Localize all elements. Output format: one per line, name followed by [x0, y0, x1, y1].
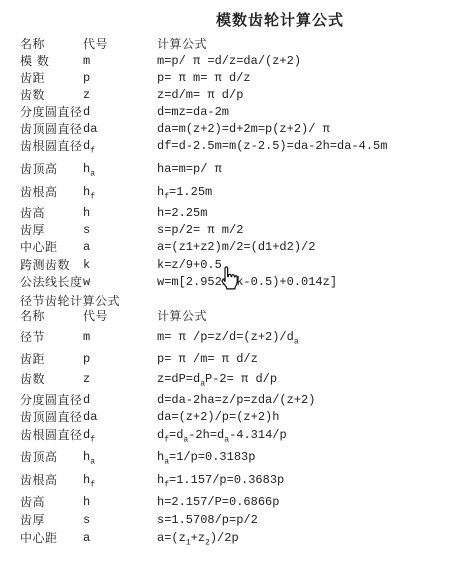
gear-symbol: d [83, 105, 157, 119]
gear-name: 齿根圆直径 [20, 139, 83, 153]
gear-formula-document: { "document": { "title": "模数齿轮计算公式", "se… [0, 0, 468, 566]
table-row: 齿距 p p= π /m= π d/z [0, 352, 468, 372]
gear-symbol: z [83, 372, 157, 386]
gear-symbol: a [83, 531, 157, 545]
gear-formula: df=da-2h=da-4.314/p [157, 428, 468, 442]
gear-symbol: ha [83, 450, 157, 464]
gear-formula: m=p/ π =d/z=da/(z+2) [157, 54, 468, 68]
gear-name: 齿数 [20, 372, 83, 386]
gear-symbol: h [83, 495, 157, 509]
gear-symbol: m [83, 330, 157, 344]
table-row: 齿根圆直径 df df=da-2h=da-4.314/p [0, 428, 468, 450]
section-title: 径节齿轮计算公式 [0, 292, 468, 309]
gear-name: 齿厚 [20, 223, 83, 237]
gear-formula: k=z/9+0.5 [157, 258, 468, 272]
gear-symbol: hf [83, 473, 157, 487]
gear-formula: d=da-2ha=z/p=zda/(z+2) [157, 393, 468, 407]
gear-name: 齿顶圆直径 [20, 410, 83, 424]
gear-formula: w=m[2.9521(k-0.5)+0.014z] [157, 275, 468, 289]
table-row: 齿根圆直径 df df=d-2.5m=m(z-2.5)=da-2h=da-4.5… [0, 139, 468, 162]
gear-symbol: df [83, 139, 157, 153]
gear-name: 模 数 [20, 54, 83, 68]
gear-name: 齿顶高 [20, 162, 83, 176]
gear-name: 齿厚 [20, 513, 83, 527]
gear-name: 分度圆直径 [20, 105, 83, 119]
table-row: 中心距 a a=(z1+z2)m/2=(d1+d2)/2 [0, 240, 468, 258]
table-row: 中心距 a a=(z1+z2)/2p [0, 531, 468, 548]
table-header: 名称 代号 计算公式 [0, 37, 468, 54]
page-title: 模数齿轮计算公式 [46, 9, 468, 30]
table-row: 齿距 p p= π m= π d/z [0, 71, 468, 88]
table-row: 齿高 h h=2.25m [0, 206, 468, 223]
gear-symbol: p [83, 352, 157, 366]
gear-name: 径节 [20, 330, 83, 344]
gear-formula: ha=m=p/ π [157, 162, 468, 176]
gear-name: 齿顶高 [20, 450, 83, 464]
gear-formula: hf=1.157/p=0.3683p [157, 473, 468, 487]
gear-symbol: hf [83, 185, 157, 199]
gear-symbol: w [83, 275, 157, 289]
gear-formula: hf=1.25m [157, 185, 468, 199]
table-row: 齿顶圆直径 da da=m(z+2)=d+2m=p(z+2)/ π [0, 122, 468, 139]
gear-symbol: ha [83, 162, 157, 176]
gear-formula: h=2.25m [157, 206, 468, 220]
table-row: 分度圆直径 d d=da-2ha=z/p=zda/(z+2) [0, 393, 468, 410]
gear-name: 齿高 [20, 206, 83, 220]
column-header-formula: 计算公式 [157, 37, 468, 51]
table-row: 齿根高 hf hf=1.157/p=0.3683p [0, 473, 468, 495]
gear-formula: z=dP=daP-2= π d/p [157, 372, 468, 386]
gear-symbol: s [83, 223, 157, 237]
gear-formula: z=d/m= π d/p [157, 88, 468, 102]
gear-symbol: k [83, 258, 157, 272]
table-row: 齿数 z z=dP=daP-2= π d/p [0, 372, 468, 393]
gear-name: 齿顶圆直径 [20, 122, 83, 136]
gear-formula: h=2.157/P=0.6866p [157, 495, 468, 509]
table-row: 齿数 z z=d/m= π d/p [0, 88, 468, 105]
gear-formula: d=mz=da-2m [157, 105, 468, 119]
column-header-symbol: 代号 [83, 309, 157, 323]
gear-name: 齿根高 [20, 473, 83, 487]
gear-symbol: s [83, 513, 157, 527]
gear-symbol: h [83, 206, 157, 220]
gear-name: 跨测齿数 [20, 258, 83, 272]
gear-symbol: d [83, 393, 157, 407]
formula-tables: 名称 代号 计算公式 模 数 m m=p/ π =d/z=da/(z+2) 齿距… [0, 37, 468, 548]
table-row: 齿厚 s s=p/2= π m/2 [0, 223, 468, 240]
gear-name: 中心距 [20, 531, 83, 545]
gear-symbol: da [83, 410, 157, 424]
table-row: 齿高 h h=2.157/P=0.6866p [0, 495, 468, 513]
table-row: 分度圆直径 d d=mz=da-2m [0, 105, 468, 122]
gear-formula: df=d-2.5m=m(z-2.5)=da-2h=da-4.5m [157, 139, 468, 153]
gear-name: 公法线长度 [20, 275, 83, 289]
gear-formula: s=p/2= π m/2 [157, 223, 468, 237]
column-header-name: 名称 [20, 309, 83, 323]
table-row: 齿顶高 ha ha=m=p/ π [0, 162, 468, 185]
gear-name: 齿距 [20, 352, 83, 366]
table-header: 名称 代号 计算公式 [0, 309, 468, 330]
gear-symbol: da [83, 122, 157, 136]
column-header-formula: 计算公式 [157, 309, 468, 323]
gear-name: 分度圆直径 [20, 393, 83, 407]
gear-formula: ha=1/p=0.3183p [157, 450, 468, 464]
gear-formula: a=(z1+z2)m/2=(d1+d2)/2 [157, 240, 468, 254]
gear-formula: a=(z1+z2)/2p [157, 531, 468, 545]
gear-name: 中心距 [20, 240, 83, 254]
gear-name: 齿数 [20, 88, 83, 102]
gear-formula: da=m(z+2)=d+2m=p(z+2)/ π [157, 122, 468, 136]
gear-symbol: df [83, 428, 157, 442]
table-row: 齿顶高 ha ha=1/p=0.3183p [0, 450, 468, 473]
gear-name: 齿根圆直径 [20, 428, 83, 442]
gear-formula: da=(z+2)/p=(z+2)h [157, 410, 468, 424]
table-row: 齿顶圆直径 da da=(z+2)/p=(z+2)h [0, 410, 468, 428]
gear-name: 齿根高 [20, 185, 83, 199]
gear-name: 齿高 [20, 495, 83, 509]
table-row: 模 数 m m=p/ π =d/z=da/(z+2) [0, 54, 468, 71]
column-header-name: 名称 [20, 37, 83, 51]
gear-symbol: z [83, 88, 157, 102]
gear-formula: p= π m= π d/z [157, 71, 468, 85]
gear-symbol: m [83, 54, 157, 68]
table-row: 径节 m m= π /p=z/d=(z+2)/da [0, 330, 468, 352]
gear-symbol: p [83, 71, 157, 85]
gear-name: 齿距 [20, 71, 83, 85]
gear-formula: p= π /m= π d/z [157, 352, 468, 366]
gear-formula: s=1.5708/p=p/2 [157, 513, 468, 527]
table-row: 齿厚 s s=1.5708/p=p/2 [0, 513, 468, 531]
table-row: 齿根高 hf hf=1.25m [0, 185, 468, 206]
gear-formula: m= π /p=z/d=(z+2)/da [157, 330, 468, 344]
hand-pointer-cursor-icon [218, 264, 239, 291]
gear-symbol: a [83, 240, 157, 254]
column-header-symbol: 代号 [83, 37, 157, 51]
